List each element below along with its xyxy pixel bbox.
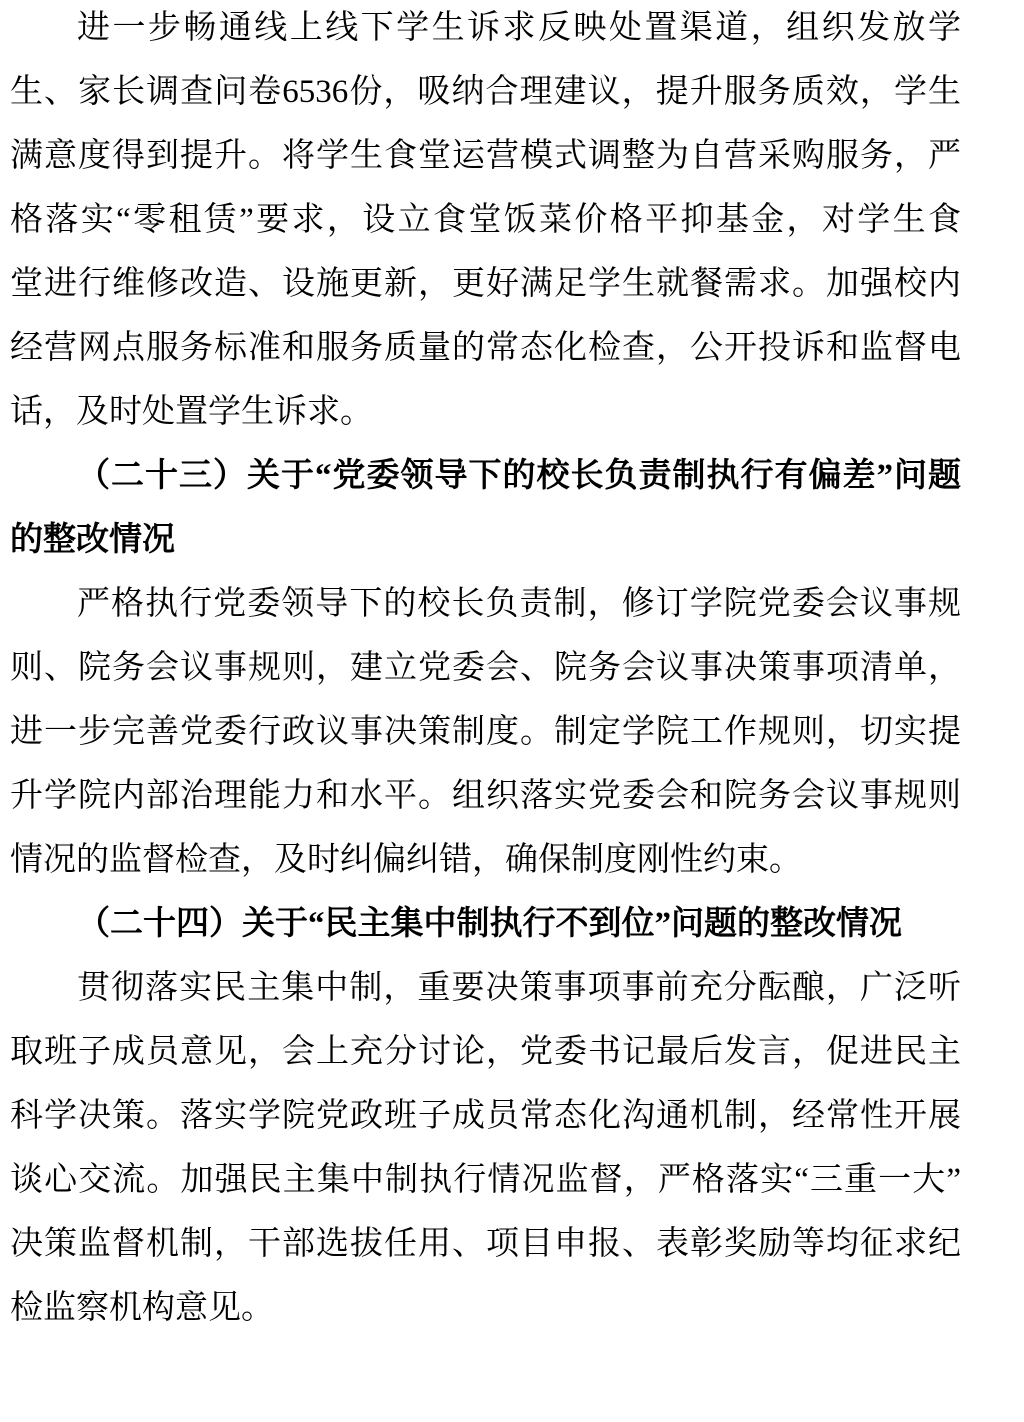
- paragraph-line: 则、院务会议事规则，建立党委会、院务会议事决策事项清单，: [10, 636, 961, 700]
- text-block: 进一步畅通线上线下学生诉求反映处置渠道，组织发放学生、家长调查问卷6536份，吸…: [10, 0, 961, 1340]
- heading-line: （二十四）关于“民主集中制执行不到位”问题的整改情况: [10, 892, 961, 956]
- paragraph-line: 检监察机构意见。: [10, 1276, 961, 1340]
- paragraph-line: 升学院内部治理能力和水平。组织落实党委会和院务会议事规则: [10, 764, 961, 828]
- paragraph-line: 决策监督机制，干部选拔任用、项目申报、表彰奖励等均征求纪: [10, 1212, 961, 1276]
- paragraph-line: 科学决策。落实学院党政班子成员常态化沟通机制，经常性开展: [10, 1084, 961, 1148]
- heading-line: 的整改情况: [10, 508, 961, 572]
- paragraph-line: 贯彻落实民主集中制，重要决策事项事前充分酝酿，广泛听: [10, 956, 961, 1020]
- paragraph-line: 进一步完善党委行政议事决策制度。制定学院工作规则，切实提: [10, 700, 961, 764]
- paragraph-line: 严格执行党委领导下的校长负责制，修订学院党委会议事规: [10, 572, 961, 636]
- paragraph-line: 满意度得到提升。将学生食堂运营模式调整为自营采购服务，严: [10, 124, 961, 188]
- paragraph-line: 取班子成员意见，会上充分讨论，党委书记最后发言，促进民主: [10, 1020, 961, 1084]
- paragraph-line: 格落实“零租赁”要求，设立食堂饭菜价格平抑基金，对学生食: [10, 188, 961, 252]
- paragraph-line: 谈心交流。加强民主集中制执行情况监督，严格落实“三重一大”: [10, 1148, 961, 1212]
- paragraph-line: 堂进行维修改造、设施更新，更好满足学生就餐需求。加强校内: [10, 252, 961, 316]
- heading-line: （二十三）关于“党委领导下的校长负责制执行有偏差”问题: [10, 444, 961, 508]
- document-page: 进一步畅通线上线下学生诉求反映处置渠道，组织发放学生、家长调查问卷6536份，吸…: [0, 0, 1024, 1422]
- paragraph-line: 进一步畅通线上线下学生诉求反映处置渠道，组织发放学: [10, 0, 961, 60]
- paragraph-line: 经营网点服务标准和服务质量的常态化检查，公开投诉和监督电: [10, 316, 961, 380]
- paragraph-line: 话，及时处置学生诉求。: [10, 380, 961, 444]
- paragraph-line: 情况的监督检查，及时纠偏纠错，确保制度刚性约束。: [10, 828, 961, 892]
- paragraph-line: 生、家长调查问卷6536份，吸纳合理建议，提升服务质效，学生: [10, 60, 961, 124]
